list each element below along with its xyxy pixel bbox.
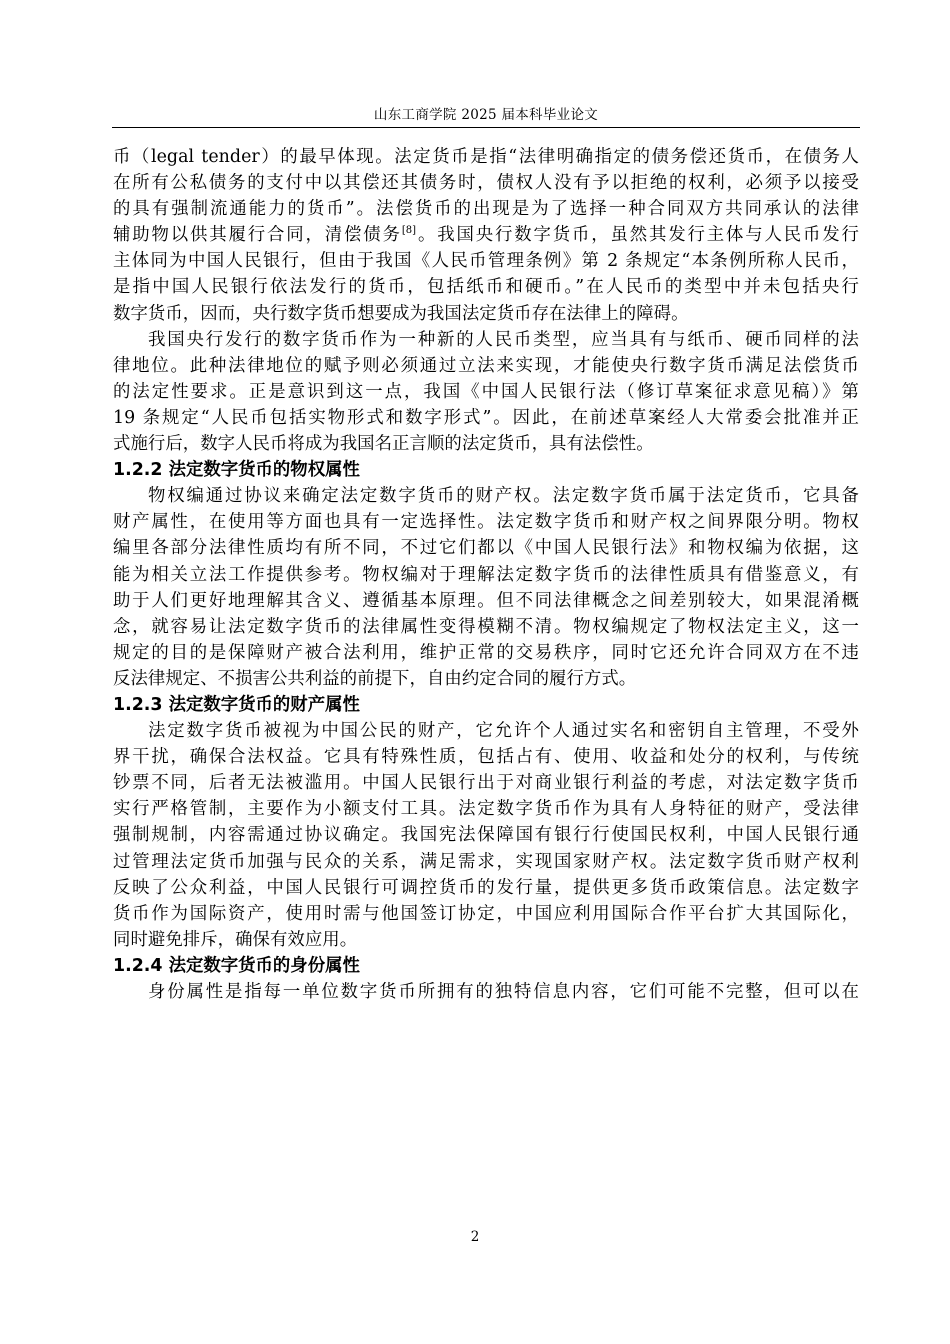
text-line: 法定数字货币被视为中国公民的财产，它允许个人通过实名和密钥自主管理，不受外 [113,718,859,744]
page-header: 山东工商学院 2025 届本科毕业论文 [112,106,860,124]
text-line: 是指中国人民银行依法发行的货币，包括纸币和硬币。”在人民币的类型中并未包括央行 [113,274,859,300]
text-line: 助于人们更好地理解其含义、遵循基本原理。但不同法律概念之间差别较大，如果混淆概 [113,588,859,614]
text-line: 货币作为国际资产，使用时需与他国签订协定，中国应利用国际合作平台扩大其国际化， [113,901,859,927]
citation-reference: [8] [402,225,416,236]
section-heading-1-2-2: 1.2.2 法定数字货币的物权属性 [113,457,859,483]
text-line: 能为相关立法工作提供参考。物权编对于理解法定数字货币的法律性质具有借鉴意义，有 [113,562,859,588]
text-line-with-citation: 辅助物以供其履行合同，清偿债务[8]。我国央行数字货币，虽然其发行主体与人民币发… [113,222,859,248]
header-rule [112,127,860,128]
text-line: 念，就容易让法定数字货币的法律属性变得模糊不清。物权编规定了物权法定主义，这一 [113,614,859,640]
page-number: 2 [0,1228,950,1246]
text-line: 过管理法定货币加强与民众的关系，满足需求，实现国家财产权。法定数字货币财产权利 [113,849,859,875]
text-line: 19 条规定“人民币包括实物形式和数字形式”。因此，在前述草案经人大常委会批准并… [113,405,859,431]
paragraph-identity-attribute: 身份属性是指每一单位数字货币所拥有的独特信息内容，它们可能不完整，但可以在 [113,979,859,1005]
text-line: 币（legal tender）的最早体现。法定货币是指“法律明确指定的债务偿还货… [113,144,859,170]
text-line: 律地位。此种法律地位的赋予则必须通过立法来实现，才能使央行数字货币满足法偿货币 [113,353,859,379]
text-line: 在所有公私债务的支付中以其偿还其债务时，债权人没有予以拒绝的权利，必须予以接受 [113,170,859,196]
text-line: 强制规制，内容需通过协议确定。我国宪法保障国有银行行使国民权利，中国人民银行通 [113,822,859,848]
text-segment: 。我国央行数字货币，虽然其发行主体与人民币发行 [416,225,859,245]
paragraph-property-attribute: 法定数字货币被视为中国公民的财产，它允许个人通过实名和密钥自主管理，不受外 界干… [113,718,859,953]
text-segment: 辅助物以供其履行合同，清偿债务 [113,225,402,245]
paragraph-legal-tender: 币（legal tender）的最早体现。法定货币是指“法律明确指定的债务偿还货… [113,144,859,327]
section-heading-1-2-4: 1.2.4 法定数字货币的身份属性 [113,953,859,979]
text-line: 我国央行发行的数字货币作为一种新的人民币类型，应当具有与纸币、硬币同样的法 [113,327,859,353]
paragraph-property-rights: 物权编通过协议来确定法定数字货币的财产权。法定数字货币属于法定货币，它具备 财产… [113,483,859,692]
paragraph-legal-status: 我国央行发行的数字货币作为一种新的人民币类型，应当具有与纸币、硬币同样的法 律地… [113,327,859,457]
section-heading-1-2-3: 1.2.3 法定数字货币的财产属性 [113,692,859,718]
text-line: 主体同为中国人民银行，但由于我国《人民币管理条例》第 2 条规定“本条例所称人民… [113,248,859,274]
text-line: 财产属性，在使用等方面也具有一定选择性。法定数字货币和财产权之间界限分明。物权 [113,509,859,535]
text-line: 同时避免排斥，确保有效应用。 [113,927,859,953]
text-line: 的具有强制流通能力的货币”。法偿货币的出现是为了选择一种合同双方共同承认的法律 [113,196,859,222]
text-line: 实行严格管制，主要作为小额支付工具。法定数字货币作为具有人身特征的财产，受法律 [113,796,859,822]
text-line: 数字货币，因而，央行数字货币想要成为我国法定货币存在法律上的障碍。 [113,301,859,327]
text-line: 钞票不同，后者无法被滥用。中国人民银行出于对商业银行利益的考虑，对法定数字货币 [113,770,859,796]
text-line: 的法定性要求。正是意识到这一点，我国《中国人民银行法（修订草案征求意见稿）》第 [113,379,859,405]
text-line: 物权编通过协议来确定法定数字货币的财产权。法定数字货币属于法定货币，它具备 [113,483,859,509]
text-line: 式施行后，数字人民币将成为我国名正言顺的法定货币，具有法偿性。 [113,431,859,457]
text-line: 编里各部分法律性质均有所不同，不过它们都以《中国人民银行法》和物权编为依据，这 [113,535,859,561]
text-line: 规定的目的是保障财产被合法利用，维护正常的交易秩序，同时它还允许合同双方在不违 [113,640,859,666]
text-line: 界干扰，确保合法权益。它具有特殊性质，包括占有、使用、收益和处分的权利，与传统 [113,744,859,770]
text-line: 反法律规定、不损害公共利益的前提下，自由约定合同的履行方式。 [113,666,859,692]
page-content: 币（legal tender）的最早体现。法定货币是指“法律明确指定的债务偿还货… [113,144,859,1005]
text-line: 反映了公众利益，中国人民银行可调控货币的发行量，提供更多货币政策信息。法定数字 [113,875,859,901]
text-line: 身份属性是指每一单位数字货币所拥有的独特信息内容，它们可能不完整，但可以在 [113,979,859,1005]
